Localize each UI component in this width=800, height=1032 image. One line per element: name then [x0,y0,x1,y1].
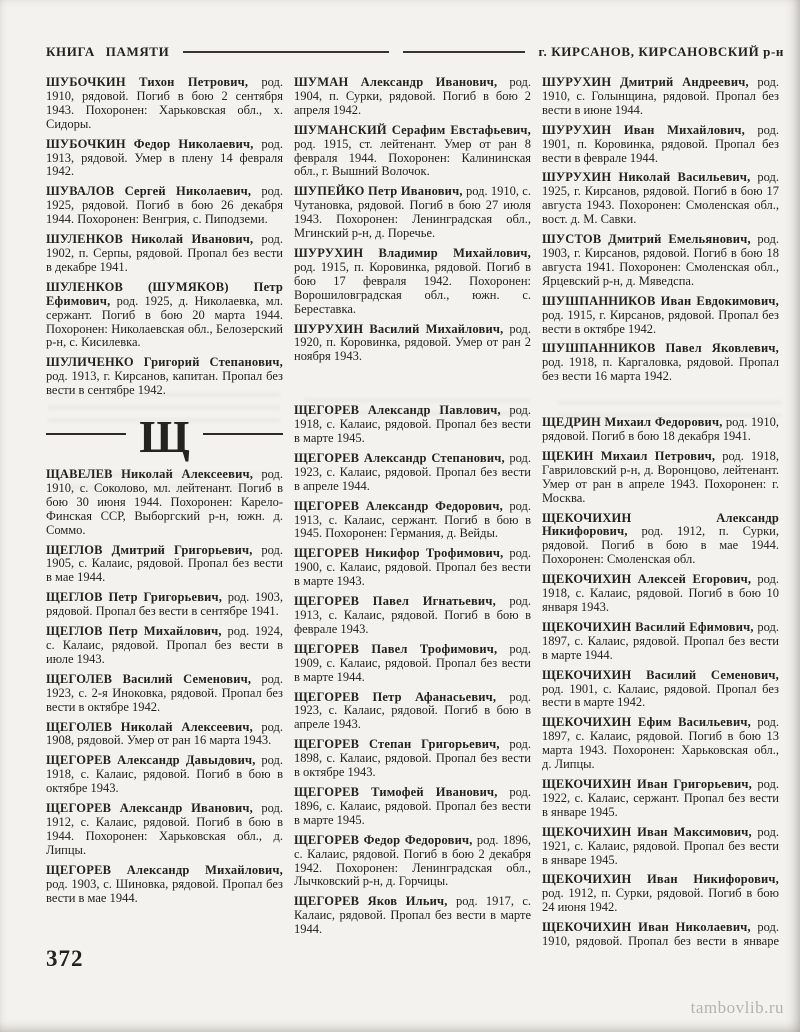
entry-details: род. 1912, п. Сурки, рядовой. Погиб в бо… [542,886,779,914]
entry-person-name: ШУРУХИН Василий Михайлович, [294,322,503,336]
entry-person-name: ЩЕГОРЕВ Павел Игнатьевич, [294,594,496,608]
memorial-entry: ЩЕГОРЕВ Петр Афанасьевич, род. 1923, с. … [294,691,531,733]
entry-details: род. 1913, г. Кирсанов, капитан. Пропал … [46,369,283,397]
entry-details: род. 1918, п. Каргаловка, рядовой. Пропа… [542,355,779,383]
entry-person-name: ЩЕГОЛЕВ Николай Алексеевич, [46,720,253,734]
entry-person-name: ЩЕГОЛЕВ Василий Семенович, [46,672,251,686]
entry-details: род. 1915, п. Коровинка, рядовой. Погиб … [294,260,531,316]
entry-person-name: ЩЕГОРЕВ Александр Михайлович, [46,863,283,877]
entry-person-name: ШУСТОВ Дмитрий Емельянович, [542,232,751,246]
memorial-entry: ШУВАЛОВ Сергей Николаевич, род. 1925, ря… [46,185,283,227]
memorial-entry: ЩЕКОЧИХИН Ефим Васильевич, род. 1897, с.… [542,716,779,772]
entry-person-name: ЩЕГЛОВ Петр Григорьевич, [46,590,222,604]
entry-person-name: ЩЕГЛОВ Петр Михайлович, [46,624,222,638]
entry-person-name: ЩЕГОРЕВ Александр Иванович, [46,801,253,815]
entry-person-name: ШУПЕЙКО Петр Иванович, [294,184,463,198]
entry-person-name: ШУЛЕНКОВ Николай Иванович, [46,232,253,246]
memorial-entry: ЩЕКОЧИХИН Александр Никифорович, род. 19… [542,512,779,568]
memorial-entry: ШУРУХИН Николай Васильевич, род. 1925, г… [542,171,779,227]
memorial-entry: ШУБОЧКИН Федор Николаевич, род. 1913, ря… [46,138,283,180]
entry-person-name: ШУВАЛОВ Сергей Николаевич, [46,184,251,198]
entry-person-name: ШУШПАННИКОВ Иван Евдокимович, [542,294,779,308]
memorial-entry: ШУЛЕНКОВ (ШУМЯКОВ) Петр Ефимович, род. 1… [46,281,283,351]
entry-person-name: ЩЕКОЧИХИН Василий Ефимович, [542,620,754,634]
memorial-entry: ШУРУХИН Иван Михайлович, род. 1901, п. К… [542,124,779,166]
page-number: 372 [46,946,84,972]
entry-person-name: ШУМАН Александр Иванович, [294,76,497,89]
entry-person-name: ЩЕКИН Михаил Петрович, [542,449,715,463]
column-2: ШУМАН Александр Иванович, род. 1904, п. … [294,76,531,950]
memorial-entry: ЩЕКИН Михаил Петрович, род. 1918, Гаврил… [542,450,779,506]
memorial-entry: ШУШПАННИКОВ Иван Евдокимович, род. 1915,… [542,295,779,337]
memorial-entry: ШУШПАННИКОВ Павел Яковлевич, род. 1918, … [542,342,779,384]
entry-person-name: ЩЕГОРЕВ Павел Трофимович, [294,642,497,656]
entry-person-name: ЩЕКОЧИХИН Ефим Васильевич, [542,715,751,729]
memorial-entry: ШУПЕЙКО Петр Иванович, род. 1910, с. Чут… [294,185,531,241]
entry-person-name: ЩЕГОРЕВ Тимофей Иванович, [294,785,498,799]
memorial-entry: ЩЕГОРЕВ Александр Давыдович, род. 1918, … [46,754,283,796]
entry-person-name: ШУРУХИН Владимир Михайлович, [294,246,531,260]
memorial-entry: ЩЕГОРЕВ Никифор Трофимович, род. 1900, с… [294,547,531,589]
entry-person-name: ШУЛИЧЕНКО Григорий Степанович, [46,355,283,369]
section-letter-divider: Щ [46,412,283,456]
memorial-entry: ЩЕГОРЕВ Яков Ильич, род. 1917, с. Калаис… [294,895,531,937]
region-title: г. КИРСАНОВ, КИРСАНОВСКИЙ р-н [539,44,785,60]
entry-person-name: ЩЕГОРЕВ Петр Афанасьевич, [294,690,496,704]
book-title: КНИГА ПАМЯТИ [46,44,169,60]
memorial-entry: ЩЕКОЧИХИН Василий Ефимович, род. 1897, с… [542,621,779,663]
memorial-entry: ШУРУХИН Василий Михайлович, род. 1920, п… [294,323,531,365]
section-letter: Щ [135,415,194,459]
entry-person-name: ЩЕГОРЕВ Никифор Трофимович, [294,546,503,560]
entry-details: род. 1903, с. Шиновка, рядовой. Пропал б… [46,877,283,905]
entry-person-name: ШУРУХИН Иван Михайлович, [542,123,745,137]
memorial-entry: ЩЕКОЧИХИН Иван Никифорович, род. 1912, п… [542,873,779,915]
memorial-entry: ЩЕГОРЕВ Тимофей Иванович, род. 1896, с. … [294,786,531,828]
divider-rule [46,433,126,435]
column-gap [542,390,779,416]
entry-person-name: ШУРУХИН Дмитрий Андреевич, [542,76,749,89]
memorial-entry: ЩЕГОРЕВ Александр Михайлович, род. 1903,… [46,864,283,906]
memorial-entry: ЩЕКОЧИХИН Василий Семенович, род. 1901, … [542,669,779,711]
column-gap [294,370,531,404]
entry-details: род. 1915, г. Кирсанов, рядовой. Пропал … [542,308,779,336]
entry-details: род. 1901, с. Калаис, рядовой. Пропал бе… [542,682,779,710]
entry-person-name: ЩЕГОРЕВ Александр Федорович, [294,499,503,513]
entry-person-name: ЩЕКОЧИХИН Иван Никифорович, [542,872,779,886]
memorial-entry: ЩЕГОЛЕВ Николай Алексеевич, род. 1908, р… [46,721,283,749]
entry-person-name: ШУШПАННИКОВ Павел Яковлевич, [542,341,779,355]
memorial-entry: ЩАВЕЛЕВ Николай Алексеевич, род. 1910, с… [46,468,283,538]
page-header: КНИГА ПАМЯТИ г. КИРСАНОВ, КИРСАНОВСКИЙ р… [46,44,784,60]
column-1: ШУБОЧКИН Тихон Петрович, род. 1910, рядо… [46,76,283,950]
memorial-entry: ЩЕГЛОВ Петр Михайлович, род. 1924, с. Ка… [46,625,283,667]
entry-person-name: ШУБОЧКИН Тихон Петрович, [46,76,248,89]
memorial-entry: ШУРУХИН Дмитрий Андреевич, род. 1910, с.… [542,76,779,118]
memorial-entry: ЩЕКОЧИХИН Иван Максимович, род. 1921, с.… [542,826,779,868]
memorial-entry: ЩЕГОЛЕВ Василий Семенович, род. 1923, с.… [46,673,283,715]
divider-rule [203,433,283,435]
memorial-entry: ЩЕГОРЕВ Федор Федорович, род. 1896, с. К… [294,834,531,890]
entry-person-name: ЩЕГОРЕВ Степан Григорьевич, [294,737,500,751]
entry-person-name: ЩЕГОРЕВ Федор Федорович, [294,833,473,847]
column-3: ШУРУХИН Дмитрий Андреевич, род. 1910, с.… [542,76,779,950]
memorial-entry: ШУСТОВ Дмитрий Емельянович, род. 1903, г… [542,233,779,289]
entry-person-name: ШУБОЧКИН Федор Николаевич, [46,137,254,151]
entry-person-name: ЩЕГЛОВ Дмитрий Григорьевич, [46,543,253,557]
memorial-entry: ЩЕДРИН Михаил Федорович, род. 1910, рядо… [542,416,779,444]
memorial-entry: ЩЕГОРЕВ Павел Игнатьевич, род. 1913, с. … [294,595,531,637]
entry-details: род. 1915, ст. лейтенант. Умер от ран 8 … [294,137,531,179]
entry-person-name: ЩЕГОРЕВ Александр Степанович, [294,451,505,465]
memorial-entry: ШУМАН Александр Иванович, род. 1904, п. … [294,76,531,118]
memorial-entry: ШУЛИЧЕНКО Григорий Степанович, род. 1913… [46,356,283,398]
memorial-entry: ЩЕКОЧИХИН Иван Николаевич, род. 1910, ря… [542,921,779,950]
memorial-entry: ШУБОЧКИН Тихон Петрович, род. 1910, рядо… [46,76,283,132]
memorial-columns: ШУБОЧКИН Тихон Петрович, род. 1910, рядо… [46,76,780,950]
memorial-entry: ШУМАНСКИЙ Серафим Евстафьевич, род. 1915… [294,124,531,180]
header-rule [183,51,389,53]
memorial-entry: ЩЕГОРЕВ Александр Степанович, род. 1923,… [294,452,531,494]
entry-person-name: ЩЕКОЧИХИН Алексей Егорович, [542,572,751,586]
watermark: tambovlib.ru [691,998,784,1018]
memorial-entry: ЩЕКОЧИХИН Иван Григорьевич, род. 1922, с… [542,778,779,820]
entry-person-name: ЩЕДРИН Михаил Федорович, [542,415,723,429]
entry-person-name: ЩЕГОРЕВ Александр Павлович, [294,403,501,417]
memorial-entry: ШУЛЕНКОВ Николай Иванович, род. 1902, п.… [46,233,283,275]
memorial-entry: ЩЕГОРЕВ Александр Павлович, род. 1918, с… [294,404,531,446]
entry-person-name: ШУМАНСКИЙ Серафим Евстафьевич, [294,123,531,137]
memorial-entry: ЩЕГОРЕВ Павел Трофимович, род. 1909, с. … [294,643,531,685]
entry-person-name: ЩЕКОЧИХИН Иван Григорьевич, [542,777,752,791]
memorial-entry: ЩЕГОРЕВ Степан Григорьевич, род. 1898, с… [294,738,531,780]
header-rule [403,51,524,53]
memorial-entry: ЩЕКОЧИХИН Алексей Егорович, род. 1918, с… [542,573,779,615]
entry-person-name: ЩАВЕЛЕВ Николай Алексеевич, [46,467,253,481]
memorial-entry: ЩЕГОРЕВ Александр Иванович, род. 1912, с… [46,802,283,858]
entry-person-name: ЩЕКОЧИХИН Иван Максимович, [542,825,752,839]
scanned-page: КНИГА ПАМЯТИ г. КИРСАНОВ, КИРСАНОВСКИЙ р… [0,0,800,1032]
entry-person-name: ЩЕКОЧИХИН Василий Семенович, [542,668,779,682]
entry-person-name: ШУРУХИН Николай Васильевич, [542,170,750,184]
entry-person-name: ЩЕГОРЕВ Александр Давыдович, [46,753,256,767]
memorial-entry: ЩЕГЛОВ Петр Григорьевич, род. 1903, рядо… [46,591,283,619]
memorial-entry: ШУРУХИН Владимир Михайлович, род. 1915, … [294,247,531,317]
memorial-entry: ЩЕГЛОВ Дмитрий Григорьевич, род. 1905, с… [46,544,283,586]
entry-person-name: ЩЕКОЧИХИН Иван Николаевич, [542,920,751,934]
entry-person-name: ЩЕГОРЕВ Яков Ильич, [294,894,448,908]
memorial-entry: ЩЕГОРЕВ Александр Федорович, род. 1913, … [294,500,531,542]
